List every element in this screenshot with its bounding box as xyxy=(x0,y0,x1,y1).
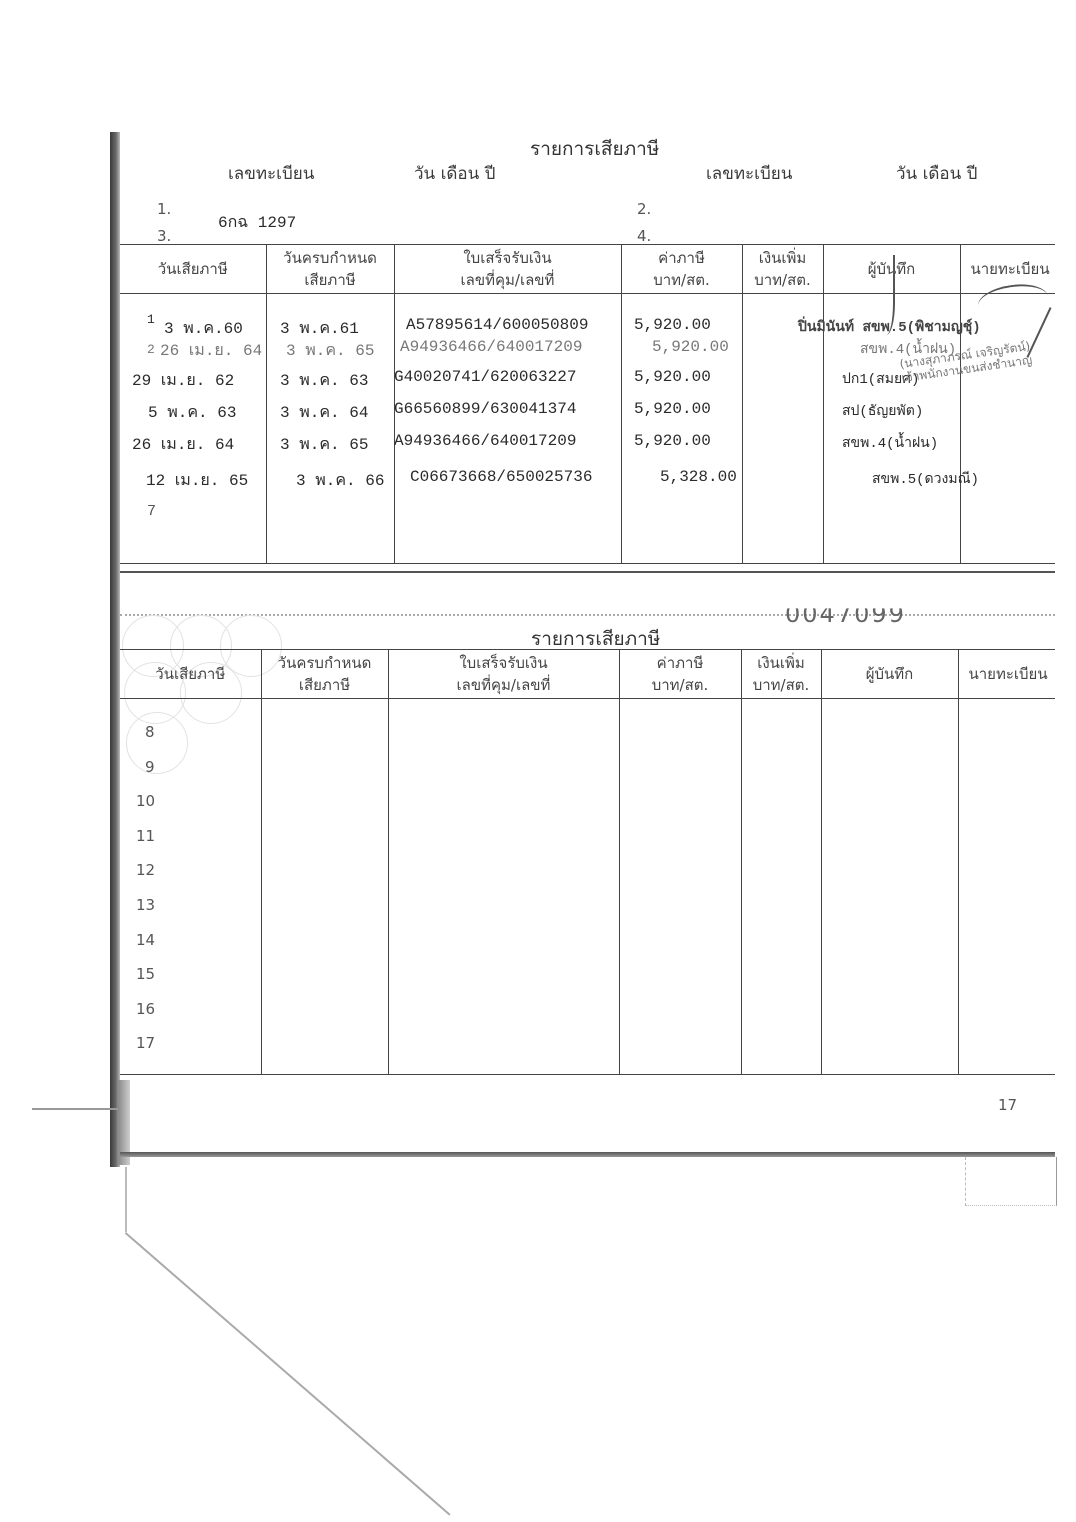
header-surcharge: เงินเพิ่ม บาท/สต. xyxy=(741,650,821,699)
header-paid-date: วันเสียภาษี xyxy=(120,245,266,294)
header-receipt: ใบเสร็จรับเงิน เลขที่คุม/เลขที่ xyxy=(394,245,621,294)
tax-amount-cell: 5,920.00 xyxy=(634,432,711,450)
header-paid-date: วันเสียภาษี xyxy=(120,650,261,699)
header-tax: ค่าภาษี บาท/สต. xyxy=(621,245,742,294)
top-table-bottom-border xyxy=(120,571,1055,573)
header-receipt: ใบเสร็จรับเงิน เลขที่คุม/เลขที่ xyxy=(388,650,619,699)
paid-date-cell: 26 เม.ย. 64 xyxy=(160,338,262,363)
date-header-right: วัน เดือน ปี xyxy=(896,160,977,187)
plate-header-left: เลขทะเบียน xyxy=(228,160,314,187)
header-due-date: วันครบกำหนด เสียภาษี xyxy=(266,245,394,294)
header-recorder: ผู้บันทึก xyxy=(821,650,958,699)
header-due-date: วันครบกำหนด เสียภาษี xyxy=(261,650,388,699)
recorder-cell: สขพ.5(ดวงมณี) xyxy=(872,468,979,490)
due-date-cell: 3 พ.ค. 64 xyxy=(280,400,368,425)
plate-header-right: เลขทะเบียน xyxy=(706,160,792,187)
tax-amount-cell: 5,920.00 xyxy=(652,338,729,356)
right-flap-outline xyxy=(965,1157,1057,1206)
row-number: 12 xyxy=(136,861,155,879)
row-number: 7 xyxy=(147,503,156,520)
plate-index-3: 3. xyxy=(157,227,171,245)
row-number: 17 xyxy=(136,1034,155,1052)
page-number: 17 xyxy=(998,1096,1017,1114)
row-number: 14 xyxy=(136,931,155,949)
flap-diagonal-line xyxy=(125,1232,451,1516)
receipt-number-cell: A57895614/600050809 xyxy=(406,316,588,334)
plate-index-4: 4. xyxy=(637,227,651,245)
paid-date-cell: 29 เม.ย. 62 xyxy=(132,368,234,393)
tax-amount-cell: 5,920.00 xyxy=(634,316,711,334)
table-body xyxy=(120,699,1055,1075)
paid-date-cell: 5 พ.ค. 63 xyxy=(148,400,236,425)
recorder-cell: สขพ.4(น้ำฝน) xyxy=(842,432,938,454)
row-number: 2 xyxy=(147,342,155,357)
due-date-cell: 3 พ.ค. 66 xyxy=(296,468,384,493)
recorder-signature xyxy=(873,255,895,335)
row-number: 10 xyxy=(136,792,155,810)
receipt-number-cell: G40020741/620063227 xyxy=(394,368,576,386)
plate-index-1: 1. xyxy=(157,200,171,218)
due-date-cell: 3 พ.ค. 65 xyxy=(286,338,374,363)
serial-number: 0047099 xyxy=(785,600,906,628)
header-tax: ค่าภาษี บาท/สต. xyxy=(619,650,741,699)
tax-amount-cell: 5,920.00 xyxy=(634,368,711,386)
due-date-cell: 3 พ.ค. 63 xyxy=(280,368,368,393)
tax-amount-cell: 5,328.00 xyxy=(660,468,737,486)
receipt-number-cell: A94936466/640017209 xyxy=(394,432,576,450)
page-bottom-edge xyxy=(120,1152,1055,1157)
top-section-title: รายการเสียภาษี xyxy=(530,134,659,164)
row-number: 13 xyxy=(136,896,155,914)
table-header-row: วันเสียภาษี วันครบกำหนด เสียภาษี ใบเสร็จ… xyxy=(120,650,1055,699)
tax-amount-cell: 5,920.00 xyxy=(634,400,711,418)
row-number: 1 xyxy=(147,312,155,327)
header-registrar: นายทะเบียน xyxy=(958,650,1055,699)
row-number: 11 xyxy=(136,827,155,845)
plate-index-2: 2. xyxy=(637,200,651,218)
row-number: 16 xyxy=(136,1000,155,1018)
date-header-left: วัน เดือน ปี xyxy=(414,160,495,187)
book-spine-edge xyxy=(110,132,120,1167)
receipt-number-cell: A94936466/640017209 xyxy=(400,338,582,356)
receipt-number-cell: C06673668/650025736 xyxy=(410,468,592,486)
flap-edge-line xyxy=(125,1167,127,1232)
due-date-cell: 3 พ.ค. 65 xyxy=(280,432,368,457)
row-number: 15 xyxy=(136,965,155,983)
scan-mark-line xyxy=(32,1108,118,1110)
receipt-number-cell: G66560899/630041374 xyxy=(394,400,576,418)
paid-date-cell: 12 เม.ย. 65 xyxy=(146,468,248,493)
paid-date-cell: 26 เม.ย. 64 xyxy=(132,432,234,457)
row-number: 8 xyxy=(145,723,155,741)
row-number: 9 xyxy=(145,758,155,776)
plate-value-1: 6กฉ 1297 xyxy=(218,210,296,235)
recorder-cell: สป(ธัญยพัต) xyxy=(842,400,923,422)
tax-payment-table-bottom: วันเสียภาษี วันครบกำหนด เสียภาษี ใบเสร็จ… xyxy=(120,649,1055,1075)
table-header-row: วันเสียภาษี วันครบกำหนด เสียภาษี ใบเสร็จ… xyxy=(120,245,1055,294)
header-surcharge: เงินเพิ่ม บาท/สต. xyxy=(742,245,823,294)
